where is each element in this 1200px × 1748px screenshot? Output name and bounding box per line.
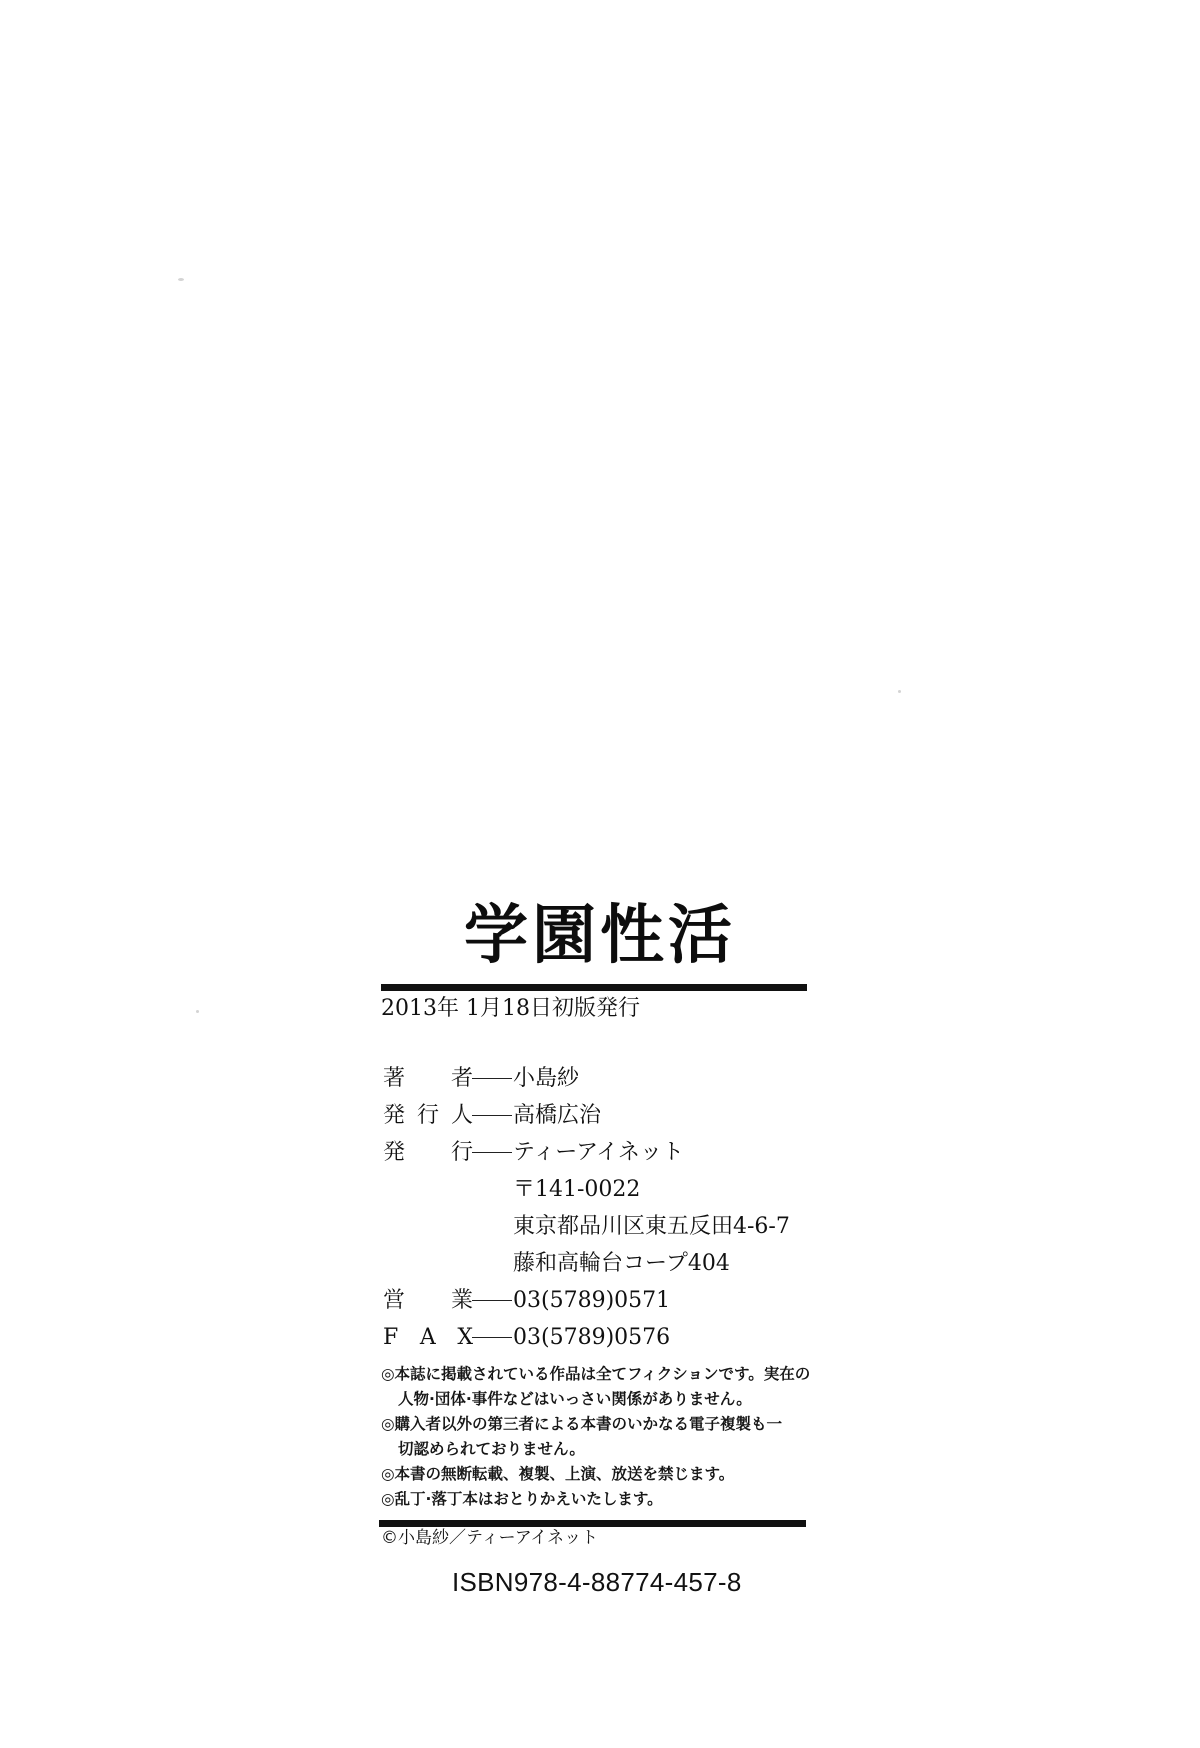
credit-label: 発行人 [383,1097,473,1134]
scan-speck [898,690,901,693]
leader-dash [472,1300,512,1301]
publication-date: 2013年 1月18日初版発行 [381,994,640,1024]
credit-row: 発行ティーアイネット [383,1134,823,1171]
note-line: ◎購入者以外の第三者による本書のいかなる電子複製も一 [381,1412,821,1437]
credit-label-char: 人 [451,1097,473,1134]
top-rule-divider [381,984,807,991]
leader-dash [472,1152,512,1153]
credits-block: 著者小島紗発行人高橋広治発行ティーアイネット〒141-0022東京都品川区東五反… [383,1060,823,1356]
isbn: ISBN978-4-88774-457-8 [452,1565,742,1599]
credit-value: 東京都品川区東五反田4-6-7 [513,1208,790,1245]
credit-label: FAX [383,1319,473,1356]
note-line: 人物·団体·事件などはいっさい関係がありません。 [381,1387,821,1412]
credit-value: 小島紗 [513,1060,579,1097]
legal-notes: ◎本誌に掲載されている作品は全てフィクションです。実在の人物·団体·事件などはい… [381,1362,821,1512]
credit-label-char: 者 [451,1060,473,1097]
credit-label-char: 発 [383,1134,405,1171]
copyright-line: ©小島紗／ティーアイネット [381,1525,598,1551]
note-line: ◎本書の無断転載、複製、上演、放送を禁じます。 [381,1462,821,1487]
credit-value: ティーアイネット [513,1134,684,1171]
credit-row: 〒141-0022 [383,1171,823,1208]
credit-label-char: X [457,1319,473,1356]
credit-label-char: 営 [383,1282,405,1319]
note-line: ◎本誌に掲載されている作品は全てフィクションです。実在の [381,1362,821,1387]
credit-label: 発行 [383,1134,473,1171]
credit-row: 発行人高橋広治 [383,1097,823,1134]
credit-label-char: 行 [417,1097,439,1134]
credit-label-char: 業 [451,1282,473,1319]
leader-dash [472,1115,512,1116]
credit-label-char: 発 [383,1097,405,1134]
credit-label-char: A [420,1319,436,1356]
leader-dash [472,1078,512,1079]
credit-row: FAX03(5789)0576 [383,1319,823,1356]
scan-speck [178,278,184,281]
credit-value: 藤和高輪台コープ404 [513,1245,730,1282]
credit-label-char: 行 [451,1134,473,1171]
credit-value: 〒141-0022 [513,1171,640,1208]
credit-value: 03(5789)0571 [513,1282,670,1319]
credit-value: 03(5789)0576 [513,1319,670,1356]
credit-row: 営業03(5789)0571 [383,1282,823,1319]
scan-speck [196,1010,199,1013]
credit-label-char: F [383,1319,398,1356]
credit-row: 東京都品川区東五反田4-6-7 [383,1208,823,1245]
credit-label: 営業 [383,1282,473,1319]
credit-label: 著者 [383,1060,473,1097]
credit-row: 藤和高輪台コープ404 [383,1245,823,1282]
credit-value: 高橋広治 [513,1097,601,1134]
book-title: 学園性活 [440,898,760,974]
leader-dash [472,1337,512,1338]
note-line: ◎乱丁·落丁本はおとりかえいたします。 [381,1487,821,1512]
credit-label-char: 著 [383,1060,405,1097]
note-line: 切認められておりません。 [381,1437,821,1462]
credit-row: 著者小島紗 [383,1060,823,1097]
